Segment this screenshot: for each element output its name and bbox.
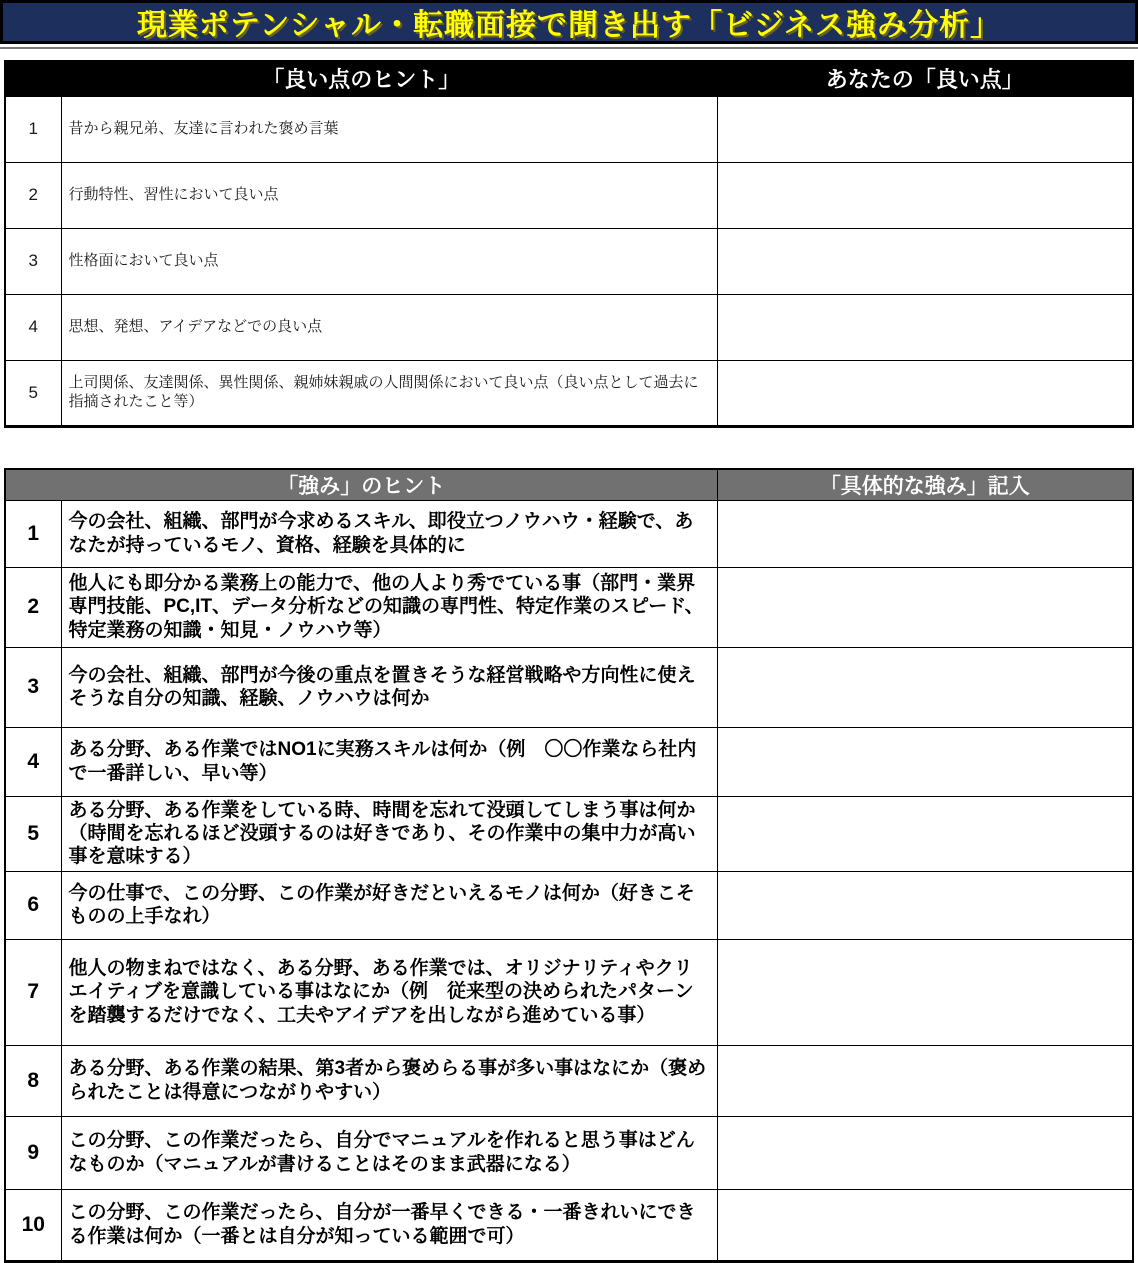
hint-cell: 今の仕事で、この分野、この作業が好きだといえるモノは何か（好きこそものの上手なれ…	[61, 871, 717, 939]
table-row: 1 昔から親兄弟、友達に言われた褒め言葉	[5, 96, 1133, 162]
strengths-table: 「強み」のヒント 「具体的な強み」記入 1 今の会社、組織、部門が今求めるスキル…	[4, 468, 1134, 1263]
answer-cell[interactable]	[717, 1045, 1133, 1116]
hint-cell: 行動特性、習性において良い点	[61, 162, 717, 228]
row-number: 7	[5, 939, 61, 1045]
table-row: 8 ある分野、ある作業の結果、第3者から褒めらる事が多い事はなにか（褒められたこ…	[5, 1045, 1133, 1116]
row-number: 5	[5, 796, 61, 871]
hint-cell: この分野、この作業だったら、自分が一番早くできる・一番きれいにできる作業は何か（…	[61, 1189, 717, 1261]
good-points-table: 「良い点のヒント」 あなたの「良い点」 1 昔から親兄弟、友達に言われた褒め言葉…	[4, 60, 1134, 428]
page-title-bar: 現業ポテンシャル・転職面接で聞き出す「ビジネス強み分析」	[0, 0, 1138, 44]
table-row: 5 上司関係、友達関係、異性関係、親姉妹親戚の人間関係において良い点（良い点とし…	[5, 360, 1133, 426]
row-number: 9	[5, 1116, 61, 1189]
row-number: 4	[5, 727, 61, 796]
hint-cell: この分野、この作業だったら、自分でマニュアルを作れると思う事はどんなものか（マニ…	[61, 1116, 717, 1189]
answer-cell[interactable]	[717, 500, 1133, 567]
hint-cell: 今の会社、組織、部門が今求めるスキル、即役立つノウハウ・経験で、あなたが持ってい…	[61, 500, 717, 567]
row-number: 10	[5, 1189, 61, 1261]
title-divider	[0, 47, 1138, 49]
hint-cell: ある分野、ある作業ではNO1に実務スキルは何か（例 〇〇作業なら社内で一番詳しい…	[61, 727, 717, 796]
row-number: 3	[5, 228, 61, 294]
hint-cell: ある分野、ある作業の結果、第3者から褒めらる事が多い事はなにか（褒められたことは…	[61, 1045, 717, 1116]
table-row: 4 思想、発想、アイデアなどでの良い点	[5, 294, 1133, 360]
answer-cell[interactable]	[717, 294, 1133, 360]
row-number: 4	[5, 294, 61, 360]
good-points-header-row: 「良い点のヒント」 あなたの「良い点」	[5, 61, 1133, 96]
page-title: 現業ポテンシャル・転職面接で聞き出す「ビジネス強み分析」	[137, 0, 1001, 44]
hint-cell: 他人にも即分かる業務上の能力で、他の人より秀でている事（部門・業界専門技能、PC…	[61, 567, 717, 647]
table-row: 10 この分野、この作業だったら、自分が一番早くできる・一番きれいにできる作業は…	[5, 1189, 1133, 1261]
table-row: 5 ある分野、ある作業をしている時、時間を忘れて没頭してしまう事は何か（時間を忘…	[5, 796, 1133, 871]
hint-cell: 昔から親兄弟、友達に言われた褒め言葉	[61, 96, 717, 162]
hint-cell: ある分野、ある作業をしている時、時間を忘れて没頭してしまう事は何か（時間を忘れる…	[61, 796, 717, 871]
answer-cell[interactable]	[717, 228, 1133, 294]
table-row: 3 性格面において良い点	[5, 228, 1133, 294]
strengths-hint-header: 「強み」のヒント	[5, 469, 717, 501]
table-row: 3 今の会社、組織、部門が今後の重点を置きそうな経営戦略や方向性に使えそうな自分…	[5, 647, 1133, 727]
answer-cell[interactable]	[717, 360, 1133, 426]
table-row: 2 行動特性、習性において良い点	[5, 162, 1133, 228]
specific-strengths-header: 「具体的な強み」記入	[717, 469, 1133, 501]
table-row: 7 他人の物まねではなく、ある分野、ある作業では、オリジナリティやクリエイティブ…	[5, 939, 1133, 1045]
row-number: 1	[5, 500, 61, 567]
row-number: 2	[5, 162, 61, 228]
hint-cell: 上司関係、友達関係、異性関係、親姉妹親戚の人間関係において良い点（良い点として過…	[61, 360, 717, 426]
worksheet-page: 現業ポテンシャル・転職面接で聞き出す「ビジネス強み分析」 「良い点のヒント」 あ…	[0, 0, 1138, 1263]
good-points-hint-header: 「良い点のヒント」	[5, 61, 717, 96]
strengths-header-row: 「強み」のヒント 「具体的な強み」記入	[5, 469, 1133, 501]
row-number: 2	[5, 567, 61, 647]
table-row: 4 ある分野、ある作業ではNO1に実務スキルは何か（例 〇〇作業なら社内で一番詳…	[5, 727, 1133, 796]
table-row: 6 今の仕事で、この分野、この作業が好きだといえるモノは何か（好きこそものの上手…	[5, 871, 1133, 939]
hint-cell: 今の会社、組織、部門が今後の重点を置きそうな経営戦略や方向性に使えそうな自分の知…	[61, 647, 717, 727]
hint-cell: 他人の物まねではなく、ある分野、ある作業では、オリジナリティやクリエイティブを意…	[61, 939, 717, 1045]
answer-cell[interactable]	[717, 796, 1133, 871]
answer-cell[interactable]	[717, 162, 1133, 228]
row-number: 5	[5, 360, 61, 426]
answer-cell[interactable]	[717, 939, 1133, 1045]
table-row: 1 今の会社、組織、部門が今求めるスキル、即役立つノウハウ・経験で、あなたが持っ…	[5, 500, 1133, 567]
answer-cell[interactable]	[717, 1189, 1133, 1261]
row-number: 6	[5, 871, 61, 939]
hint-cell: 思想、発想、アイデアなどでの良い点	[61, 294, 717, 360]
table-row: 9 この分野、この作業だったら、自分でマニュアルを作れると思う事はどんなものか（…	[5, 1116, 1133, 1189]
row-number: 8	[5, 1045, 61, 1116]
answer-cell[interactable]	[717, 727, 1133, 796]
row-number: 3	[5, 647, 61, 727]
answer-cell[interactable]	[717, 871, 1133, 939]
hint-cell: 性格面において良い点	[61, 228, 717, 294]
answer-cell[interactable]	[717, 1116, 1133, 1189]
your-good-points-header: あなたの「良い点」	[717, 61, 1133, 96]
answer-cell[interactable]	[717, 567, 1133, 647]
row-number: 1	[5, 96, 61, 162]
table-row: 2 他人にも即分かる業務上の能力で、他の人より秀でている事（部門・業界専門技能、…	[5, 567, 1133, 647]
answer-cell[interactable]	[717, 96, 1133, 162]
answer-cell[interactable]	[717, 647, 1133, 727]
